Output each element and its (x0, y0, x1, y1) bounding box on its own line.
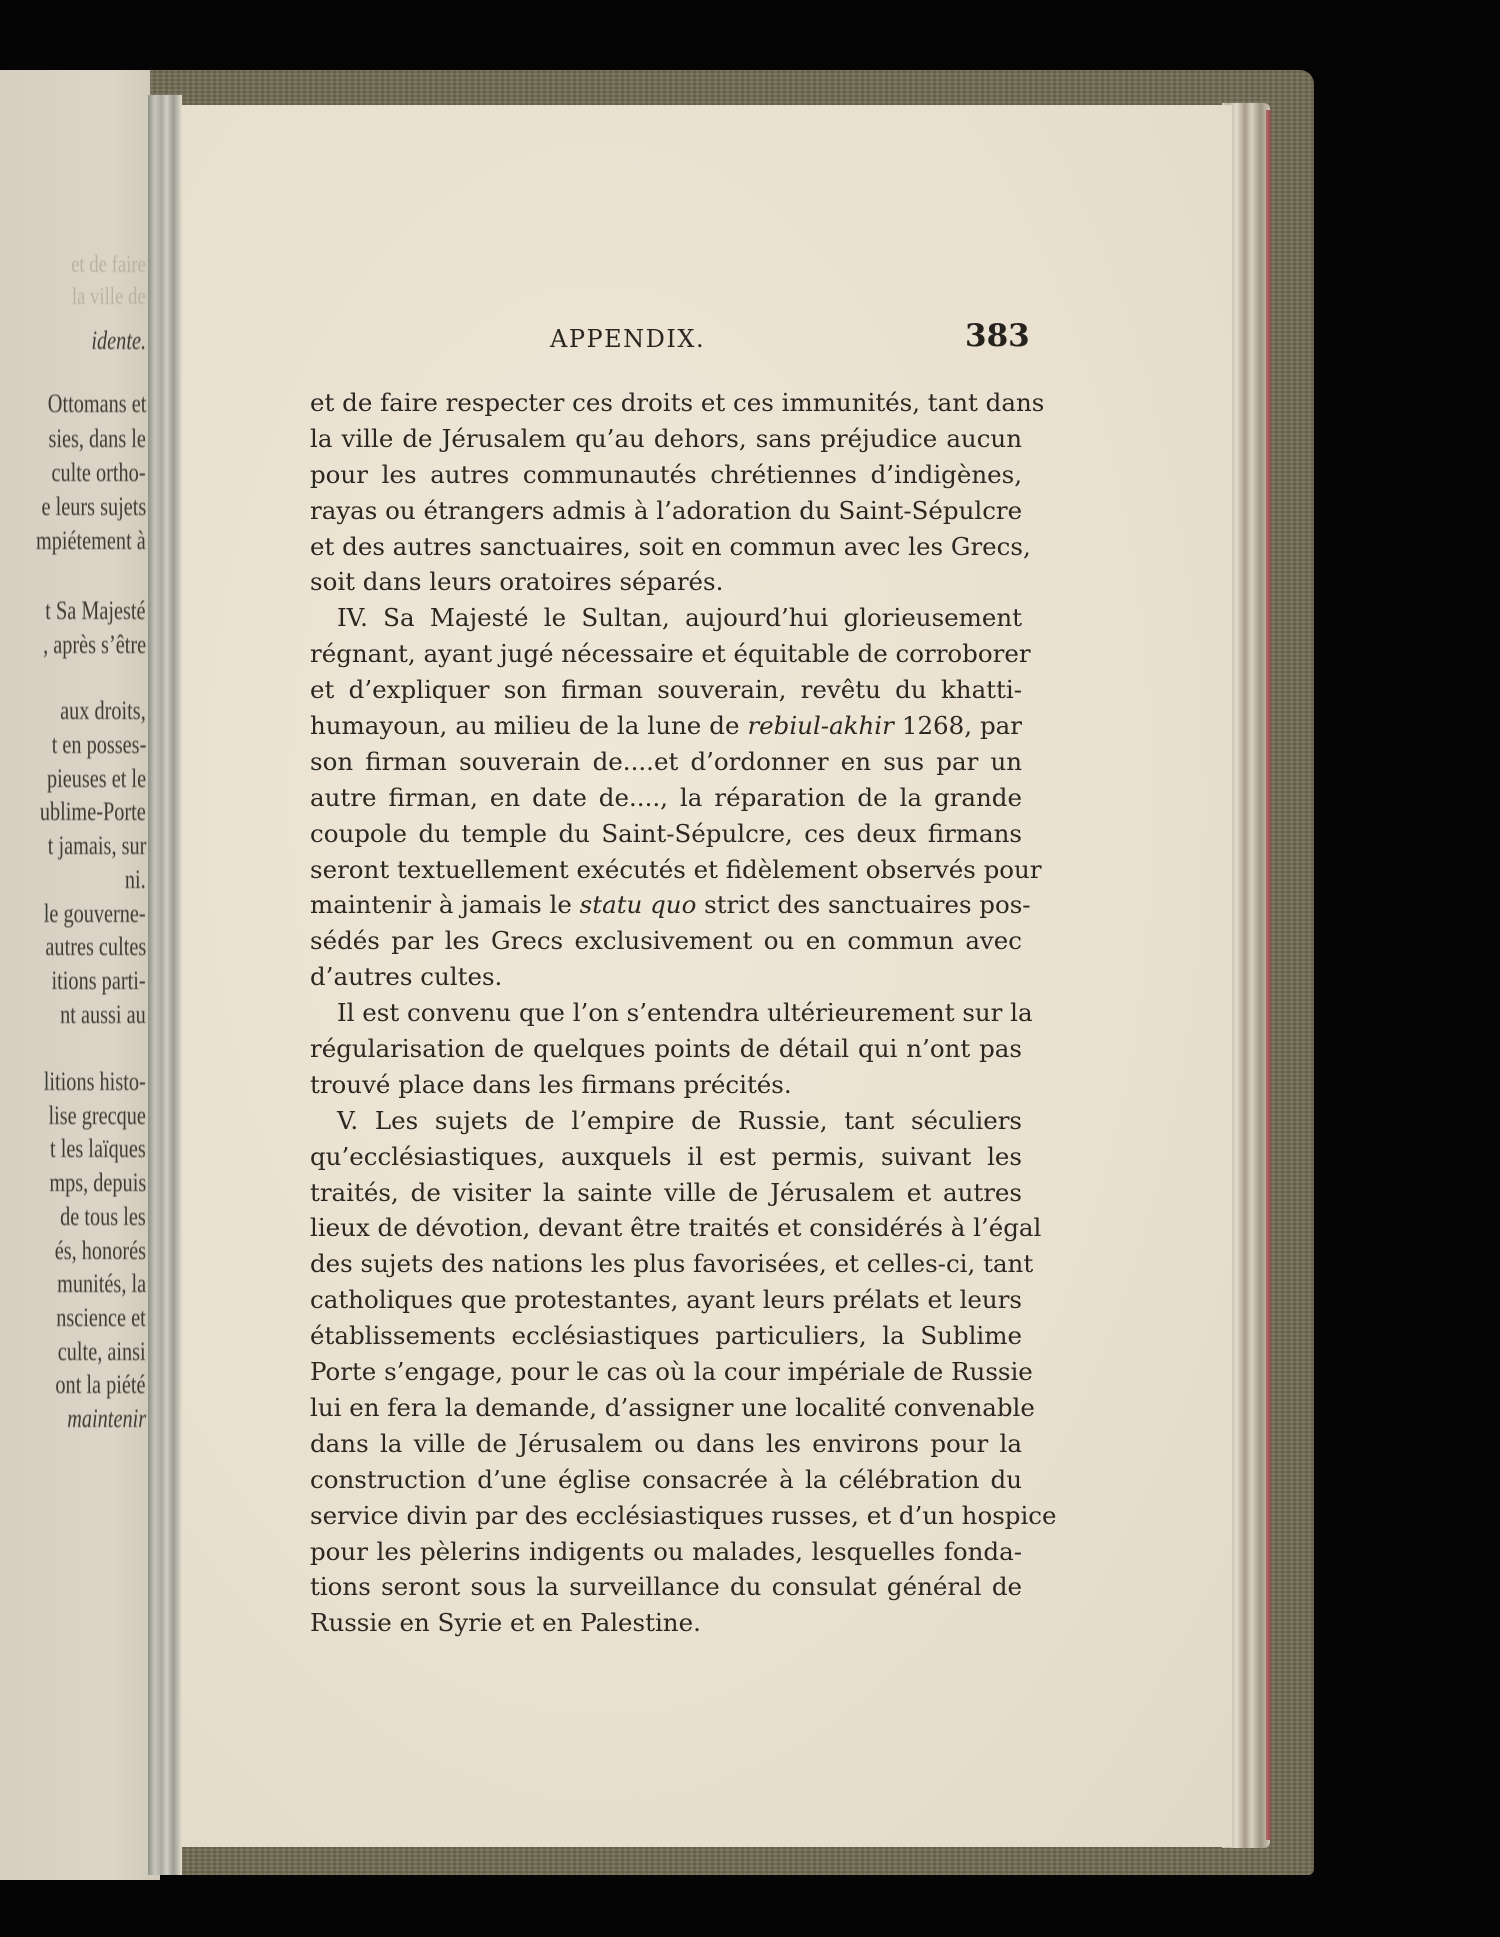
text-line: sédés par les Grecs exclusivement ou en … (310, 923, 1022, 959)
left-page-line: la ville de (72, 284, 146, 311)
text-line: soit dans leurs oratoires séparés. (310, 564, 1022, 600)
text-line: tions seront sous la surveillance du con… (310, 1569, 1022, 1605)
left-page-line: litions histo- (44, 1067, 146, 1097)
text-line: traités, de visiter la sainte ville de J… (310, 1175, 1022, 1211)
italic-term: statu quo (580, 890, 697, 919)
text-line: service divin par des ecclésiastiques ru… (310, 1498, 1022, 1534)
left-page-line: de tous les (60, 1202, 146, 1232)
left-page-line: t jamais, sur (47, 831, 146, 861)
book-page: APPENDIX. 383 et de faire respecter ces … (182, 105, 1232, 1847)
left-page-line: culte ortho- (52, 458, 146, 488)
text-line: pour les pèlerins indigents ou malades, … (310, 1534, 1022, 1570)
text-line: autre firman, en date de...., la réparat… (310, 780, 1022, 816)
text-line: et d’expliquer son firman souverain, rev… (310, 672, 1022, 708)
left-page-line: le gouverne- (44, 899, 146, 929)
left-page-line: ublime-Porte (40, 797, 146, 827)
left-page-line: ni. (125, 865, 146, 895)
text-line: trouvé place dans les firmans précités. (310, 1067, 1022, 1103)
left-page-line: t en posses- (51, 730, 146, 760)
text-line: régularisation de quelques points de dét… (310, 1031, 1022, 1067)
left-page-line: t les laïques (50, 1134, 146, 1164)
text-line: Il est convenu que l’on s’entendra ultér… (310, 995, 1022, 1031)
left-page-line: nscience et (56, 1303, 146, 1333)
text-line: et des autres sanctuaires, soit en commu… (310, 529, 1022, 565)
left-page-line: munités, la (57, 1269, 146, 1299)
text-line: d’autres cultes. (310, 959, 1022, 995)
text-line: lieux de dévotion, devant être traités e… (310, 1210, 1022, 1246)
left-page-line: és, honorés (55, 1236, 146, 1266)
left-page-line: ont la piété (56, 1370, 146, 1400)
left-page-fragment: et de fairela ville deidente.Ottomans et… (0, 70, 160, 1880)
text-line: régnant, ayant jugé nécessaire et équita… (310, 636, 1022, 672)
left-page-line: pieuses et le (47, 764, 146, 794)
left-page-line: aux droits, (60, 696, 146, 726)
left-page-line: , après s’être (43, 630, 146, 660)
italic-term: rebiul-akhir (747, 711, 893, 740)
text-line: construction d’une église consacrée à la… (310, 1462, 1022, 1498)
left-page-line: idente. (91, 326, 146, 356)
text-line: coupole du temple du Saint-Sépulcre, ces… (310, 816, 1022, 852)
left-page-line: lise grecque (49, 1101, 146, 1131)
left-page-line: autres cultes (45, 932, 146, 962)
text-line: des sujets des nations les plus favorisé… (310, 1246, 1022, 1282)
text-line: Russie en Syrie et en Palestine. (310, 1605, 1022, 1641)
text-line: Porte s’engage, pour le cas où la cour i… (310, 1354, 1022, 1390)
text-line: maintenir à jamais le statu quo strict d… (310, 887, 1022, 923)
text-line: la ville de Jérusalem qu’au dehors, sans… (310, 421, 1022, 457)
text-line: IV. Sa Majesté le Sultan, aujourd’hui gl… (310, 600, 1022, 636)
body-text: et de faire respecter ces droits et ces … (310, 385, 1022, 1641)
running-title: APPENDIX. (550, 325, 705, 353)
text-line: qu’ecclésiastiques, auxquels il est perm… (310, 1139, 1022, 1175)
left-page-line: itions parti- (52, 966, 146, 996)
left-page-line: sies, dans le (49, 424, 146, 454)
left-page-line: e leurs sujets (41, 492, 146, 522)
red-page-edge (1266, 110, 1271, 1840)
text-line: seront textuellement exécutés et fidèlem… (310, 852, 1022, 888)
text-line: catholiques que protestantes, ayant leur… (310, 1282, 1022, 1318)
text-line: V. Les sujets de l’empire de Russie, tan… (310, 1103, 1022, 1139)
left-page-line: t Sa Majesté (46, 596, 146, 626)
left-page-line: mpiétement à (36, 526, 146, 556)
text-line: humayoun, au milieu de la lune de rebiul… (310, 708, 1022, 744)
text-line: dans la ville de Jérusalem ou dans les e… (310, 1426, 1022, 1462)
text-line: pour les autres communautés chrétiennes … (310, 457, 1022, 493)
page-number: 383 (965, 318, 1030, 354)
left-page-line: mps, depuis (49, 1168, 146, 1198)
text-line: lui en fera la demande, d’assigner une l… (310, 1390, 1022, 1426)
text-line: établissements ecclésiastiques particuli… (310, 1318, 1022, 1354)
left-page-line: culte, ainsi (58, 1337, 146, 1367)
left-page-line: nt aussi au (60, 1000, 146, 1030)
text-line: rayas ou étrangers admis à l’adoration d… (310, 493, 1022, 529)
text-line: et de faire respecter ces droits et ces … (310, 385, 1022, 421)
left-page-line: Ottomans et (47, 389, 146, 419)
left-page-line: maintenir (67, 1404, 146, 1434)
book-gutter (148, 95, 182, 1875)
left-page-line: et de faire (71, 252, 146, 279)
text-line: son firman souverain de....et d’ordonner… (310, 744, 1022, 780)
